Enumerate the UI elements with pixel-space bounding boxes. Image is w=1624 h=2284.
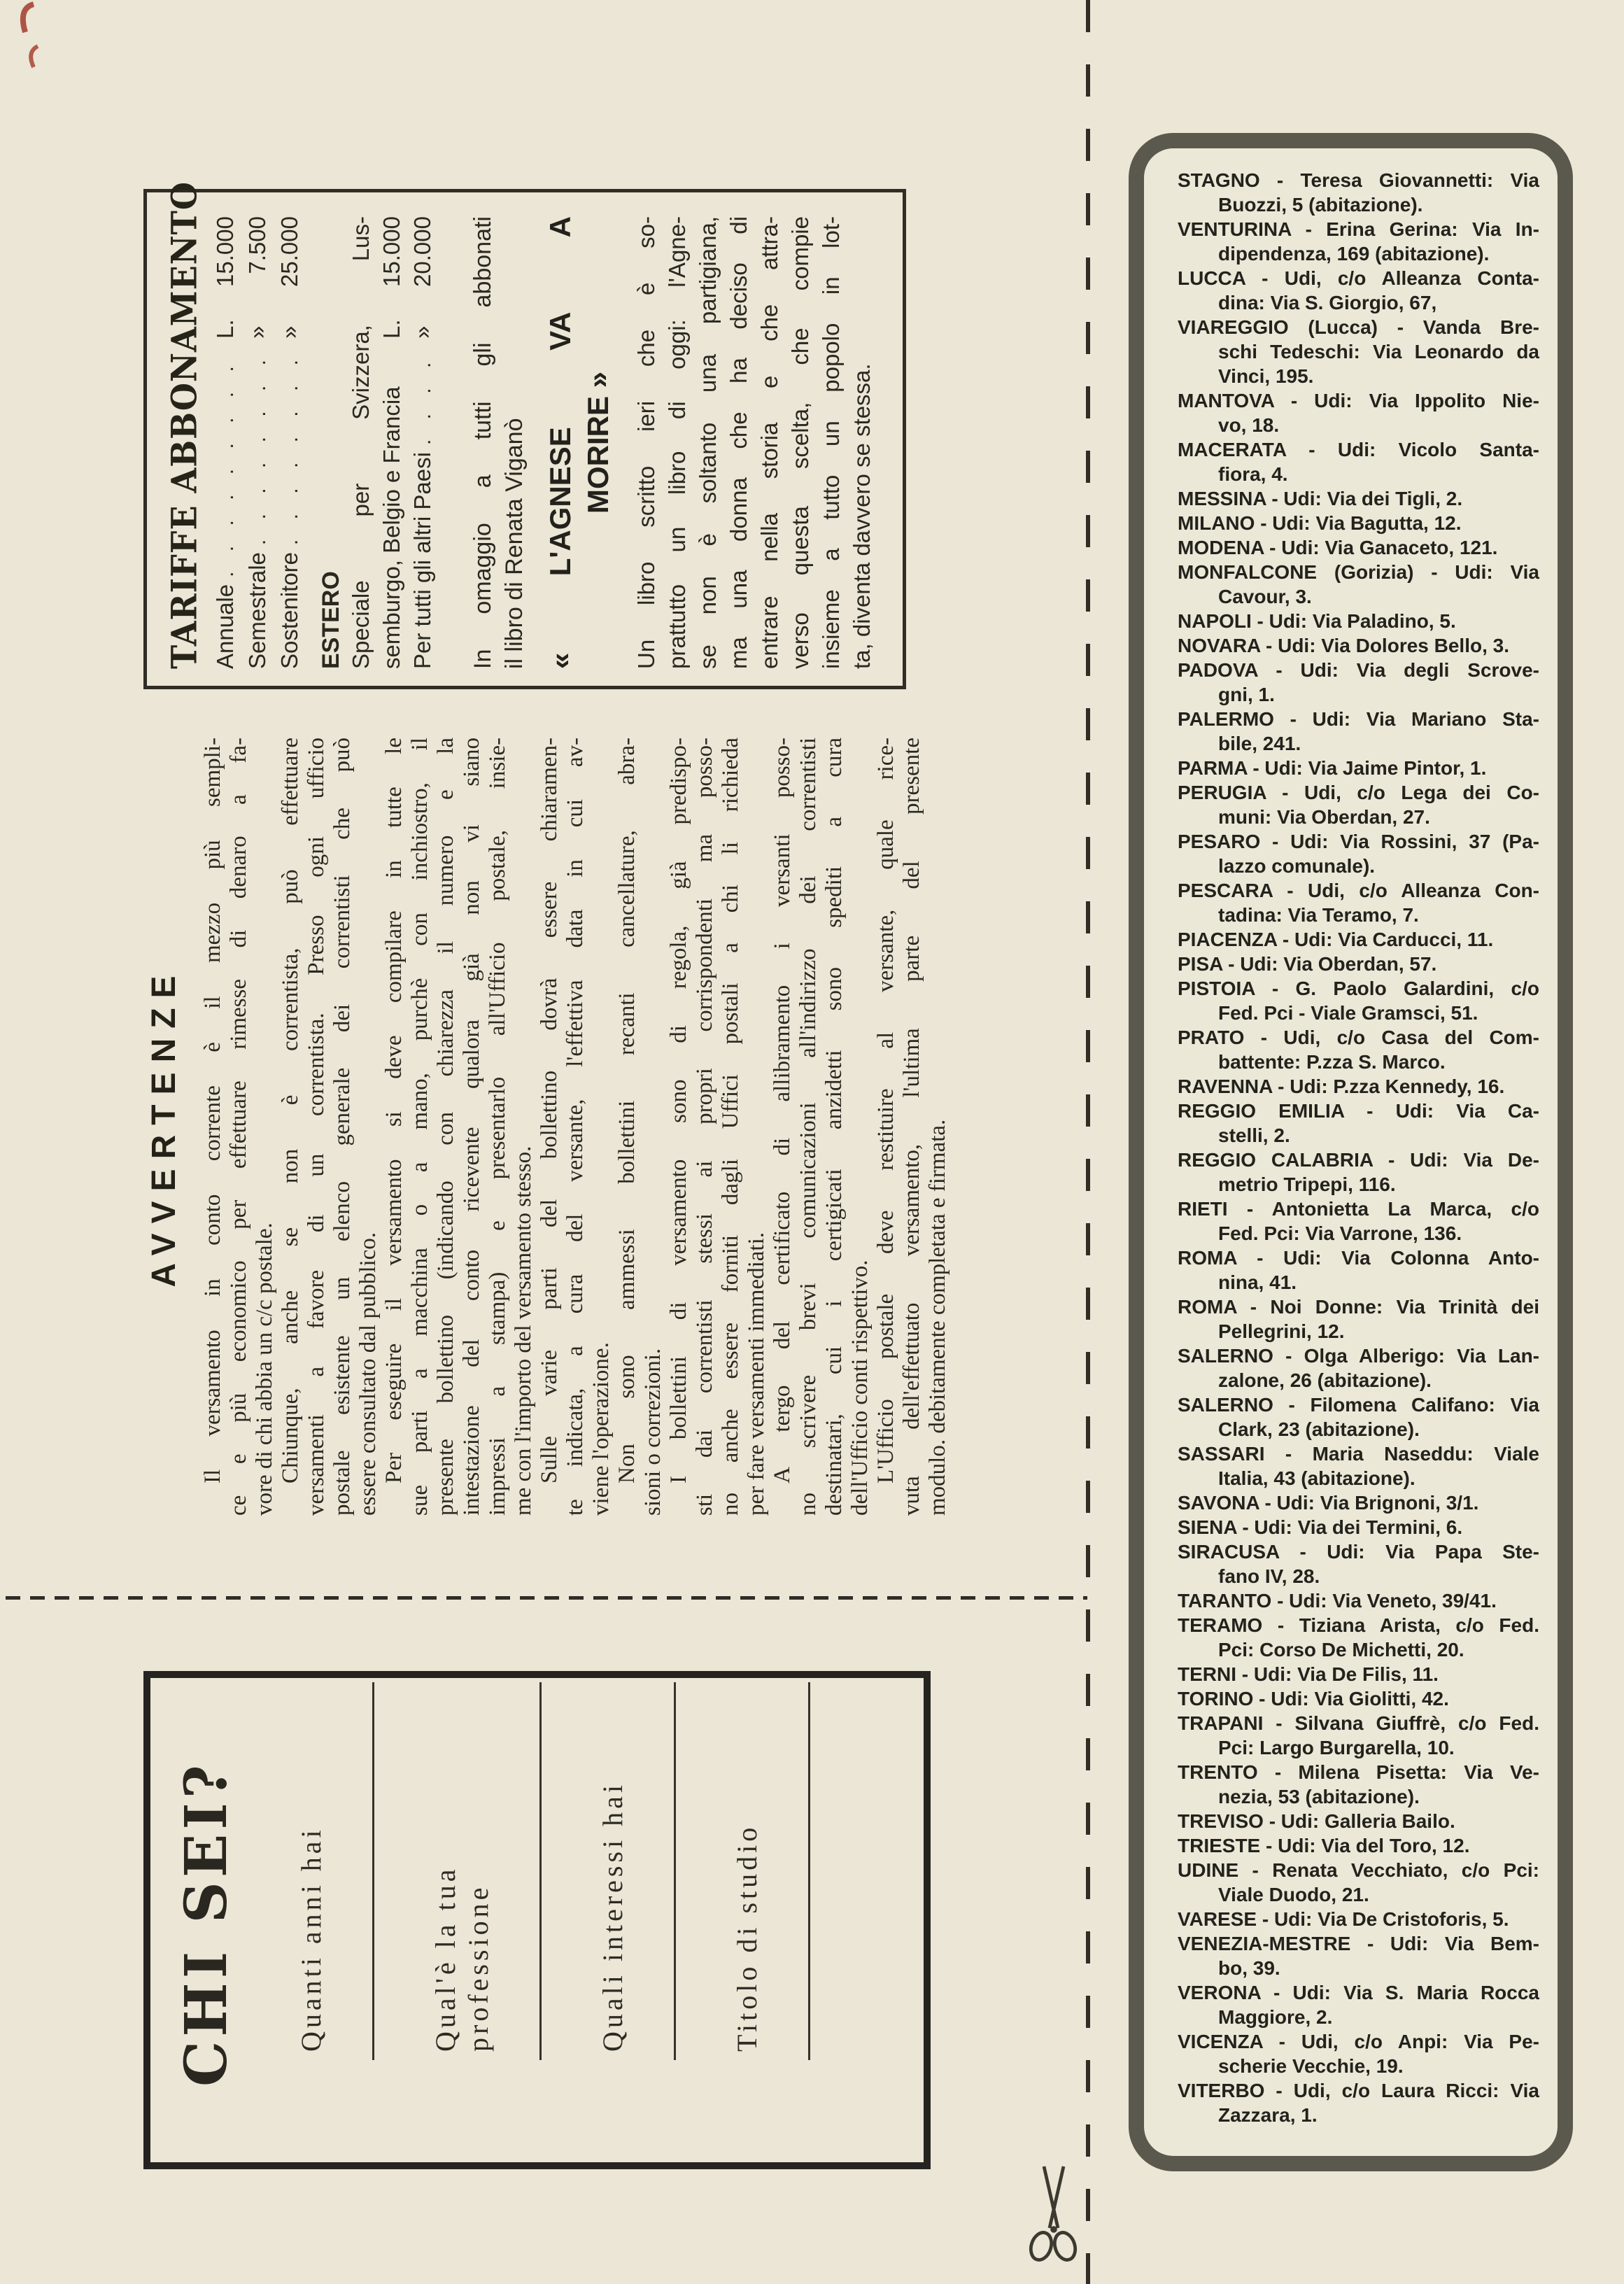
avvertenze-line: me con l'importo del versamento stesso. — [511, 738, 537, 1516]
directory-line: VENEZIA-MESTRE - Udi: Via Bem- — [1178, 1931, 1539, 1956]
avvertenze-line: per fare versamenti immediati. — [744, 738, 770, 1516]
estero-rates: Speciale per Svizzera, Lus-semburgo, Bel… — [346, 216, 439, 669]
directory-entry: SALERNO - Olga Alberigo: Via Lan-zalone,… — [1178, 1344, 1539, 1393]
directory-entry: PIACENZA - Udi: Via Carducci, 11. — [1178, 927, 1539, 952]
directory-entry: STAGNO - Teresa Giovannetti: ViaBuozzi, … — [1178, 168, 1539, 217]
rate-value: »25.000 — [274, 216, 305, 339]
directory-line: TRAPANI - Silvana Giuffrè, c/o Fed. — [1178, 1711, 1539, 1735]
rate-row: Per tutti gli altri Paesi»20.000 — [407, 216, 439, 669]
directory-entry: TERNI - Udi: Via De Filis, 11. — [1178, 1662, 1539, 1686]
directory-line: TREVISO - Udi: Galleria Bailo. — [1178, 1809, 1539, 1833]
directory-line: MODENA - Udi: Via Ganaceto, 121. — [1178, 535, 1539, 560]
book-blurb: Un libro scritto ieri che è so-prattutto… — [631, 216, 877, 669]
directory-line: NOVARA - Udi: Via Dolores Bello, 3. — [1178, 633, 1539, 658]
dot-leader — [407, 346, 439, 445]
avvertenze-line: ce e più economico per effettuare rimess… — [226, 738, 252, 1516]
directory-line: vo, 18. — [1178, 413, 1539, 437]
directory-entry: VICENZA - Udi, c/o Anpi: Via Pe-scherie … — [1178, 2029, 1539, 2078]
avvertenze-line: L'Ufficio postale deve restituire al ver… — [873, 738, 899, 1516]
avvertenze-line: sioni o correzioni. — [640, 738, 666, 1516]
field-label: Qual'è la tua professione — [429, 1692, 495, 2052]
rate-value: L.15.000 — [376, 216, 407, 339]
field-blank-line — [372, 1682, 374, 2060]
directory-line: TERAMO - Tiziana Arista, c/o Fed. — [1178, 1613, 1539, 1637]
gift-note: In omaggio a tutti gli abbonatiil libro … — [467, 216, 530, 669]
avvertenze-line: vuta dell'effettuato versamento, l'ultim… — [899, 738, 925, 1516]
rate-value: L.15.000 — [210, 216, 241, 339]
directory-line: PRATO - Udi, c/o Casa del Com- — [1178, 1025, 1539, 1050]
directory-line: TRIESTE - Udi: Via del Toro, 12. — [1178, 1833, 1539, 1858]
directory-entry: SALERNO - Filomena Califano: ViaClark, 2… — [1178, 1393, 1539, 1441]
avvertenze-line: Chiunque, anche se non è correntista, pu… — [278, 738, 304, 1516]
directory-line: NAPOLI - Udi: Via Paladino, 5. — [1178, 609, 1539, 633]
avvertenze-line: intestazione del conto ricevente qualora… — [459, 738, 485, 1516]
directory-line: battente: P.zza S. Marco. — [1178, 1050, 1539, 1074]
amount: 15.000 — [210, 216, 241, 287]
directory-line: VENTURINA - Erina Gerina: Via In- — [1178, 217, 1539, 241]
directory-line: PADOVA - Udi: Via degli Scrove- — [1178, 658, 1539, 682]
book-title-line: « L'AGNESE VA A — [542, 216, 579, 669]
avvertenze-section: AVVERTENZE Il versamento in conto corren… — [143, 733, 976, 1520]
avvertenze-line: sti dai correntisti stessi ai propri cor… — [692, 738, 718, 1516]
directory-entry: VENTURINA - Erina Gerina: Via In-dipende… — [1178, 217, 1539, 266]
avvertenze-body: Il versamento in conto corrente è il mez… — [200, 738, 951, 1516]
book-blurb-line: verso questa scelta, che compie — [785, 216, 816, 669]
directory-line: PARMA - Udi: Via Jaime Pintor, 1. — [1178, 756, 1539, 780]
questionnaire-box: CHI SEI? Quanti anni haiQual'è la tua pr… — [143, 1671, 931, 2169]
avvertenze-line: no scrivere brevi comunicazioni all'indi… — [796, 738, 821, 1516]
directory-line: zalone, 26 (abitazione). — [1178, 1368, 1539, 1393]
questionnaire-field: Qual'è la tua professione — [429, 1692, 542, 2148]
directory-line: MACERATA - Udi: Vicolo Santa- — [1178, 437, 1539, 462]
book-blurb-line: se non è soltanto una partigiana, — [693, 216, 723, 669]
directory-entry: RAVENNA - Udi: P.zza Kennedy, 16. — [1178, 1074, 1539, 1099]
directory-entry: ROMA - Udi: Via Colonna Anto-nina, 41. — [1178, 1246, 1539, 1295]
directory-line: metrio Tripepi, 116. — [1178, 1172, 1539, 1197]
gift-note-line: il libro di Renata Viganò — [499, 216, 530, 669]
directory-line: UDINE - Renata Vecchiato, c/o Pci: — [1178, 1858, 1539, 1882]
directory-line: stelli, 2. — [1178, 1123, 1539, 1148]
directory-line: Italia, 43 (abitazione). — [1178, 1466, 1539, 1490]
currency: » — [407, 326, 438, 339]
directory-line: Fed. Pci - Viale Gramsci, 51. — [1178, 1001, 1539, 1025]
directory-line: VITERBO - Udi, c/o Laura Ricci: Via — [1178, 2078, 1539, 2103]
directory-line: dina: Via S. Giorgio, 67, — [1178, 290, 1539, 315]
subscription-rates-table: AnnualeL.15.000Semestrale»7.500Sostenito… — [210, 216, 306, 669]
subscription-box: TARIFFE ABBONAMENTO AnnualeL.15.000Semes… — [143, 189, 906, 689]
scissors-icon — [1020, 2164, 1087, 2276]
directory-line: RIETI - Antonietta La Marca, c/o — [1178, 1197, 1539, 1221]
questionnaire-field: Titolo di studio — [730, 1692, 810, 2148]
directory-entry: MESSINA - Udi: Via dei Tigli, 2. — [1178, 486, 1539, 511]
directory-entry: TRAPANI - Silvana Giuffrè, c/o Fed.Pci: … — [1178, 1711, 1539, 1760]
directory-entry: MODENA - Udi: Via Ganaceto, 121. — [1178, 535, 1539, 560]
directory-line: Clark, 23 (abitazione). — [1178, 1417, 1539, 1441]
dot-leader — [242, 346, 274, 545]
questionnaire-field: Quanti anni hai — [295, 1692, 374, 2148]
directory-entry: MACERATA - Udi: Vicolo Santa-fiora, 4. — [1178, 437, 1539, 486]
field-label: Quali interessi hai — [596, 1692, 629, 2052]
directory-line: MANTOVA - Udi: Via Ippolito Nie- — [1178, 388, 1539, 413]
directory-line: PESCARA - Udi, c/o Alleanza Con- — [1178, 878, 1539, 903]
directory-line: SIRACUSA - Udi: Via Papa Ste- — [1178, 1539, 1539, 1564]
directory-line: Pci: Corso De Michetti, 20. — [1178, 1637, 1539, 1662]
book-title: « L'AGNESE VA AMORIRE » — [542, 216, 617, 669]
field-label: Quanti anni hai — [295, 1692, 327, 2052]
directory-entry: PISTOIA - G. Paolo Galardini, c/oFed. Pc… — [1178, 976, 1539, 1025]
avvertenze-line: destinatari, cui i certigicati anzidetti… — [821, 738, 847, 1516]
avvertenze-line: I bollettini di versamento sono di regol… — [666, 738, 692, 1516]
subscription-box-content: TARIFFE ABBONAMENTO AnnualeL.15.000Semes… — [147, 192, 910, 693]
directory-line: schi Tedeschi: Via Leonardo da — [1178, 339, 1539, 364]
field-blank-line — [808, 1682, 810, 2060]
directory-entry: TRIESTE - Udi: Via del Toro, 12. — [1178, 1833, 1539, 1858]
directory-line: Pellegrini, 12. — [1178, 1319, 1539, 1344]
rate-value: »7.500 — [242, 216, 273, 339]
gift-note-line: In omaggio a tutti gli abbonati — [467, 216, 499, 669]
questionnaire-title: CHI SEI? — [173, 1692, 240, 2087]
directory-entry: TREVISO - Udi: Galleria Bailo. — [1178, 1809, 1539, 1833]
directory-entry: PALERMO - Udi: Via Mariano Sta-bile, 241… — [1178, 707, 1539, 756]
directory-line: ROMA - Udi: Via Colonna Anto- — [1178, 1246, 1539, 1270]
estero-special-line: semburgo, Belgio e FranciaL.15.000 — [376, 216, 407, 669]
directory-entry: SAVONA - Udi: Via Brignoni, 3/1. — [1178, 1490, 1539, 1515]
directory-line: VICENZA - Udi, c/o Anpi: Via Pe- — [1178, 2029, 1539, 2054]
avvertenze-line: te indicata, a cura del versante, l'effe… — [563, 738, 588, 1516]
avvertenze-line: modulo. debitamente completata e firmata… — [925, 738, 951, 1516]
directory-line: bo, 39. — [1178, 1956, 1539, 1980]
directory-entry: SASSARI - Maria Naseddu: VialeItalia, 43… — [1178, 1441, 1539, 1490]
directory-line: VERONA - Udi: Via S. Maria Rocca — [1178, 1980, 1539, 2005]
directory-line: STAGNO - Teresa Giovannetti: Via — [1178, 168, 1539, 192]
directory-entry: VIAREGGIO (Lucca) - Vanda Bre-schi Tedes… — [1178, 315, 1539, 388]
avvertenze-line: Il versamento in conto corrente è il mez… — [200, 738, 226, 1516]
rate-row: AnnualeL.15.000 — [210, 216, 242, 669]
book-blurb-line: ma una donna che ha deciso di — [723, 216, 754, 669]
directory-line: RAVENNA - Udi: P.zza Kennedy, 16. — [1178, 1074, 1539, 1099]
avvertenze-line: Per eseguire il versamento si deve compi… — [381, 738, 407, 1516]
directory-entry: REGGIO CALABRIA - Udi: Via De-metrio Tri… — [1178, 1148, 1539, 1197]
directory-line: TRENTO - Milena Pisetta: Via Ve- — [1178, 1760, 1539, 1784]
avvertenze-line: sue parti a macchina o a mano, purchè co… — [407, 738, 433, 1516]
directory-line: PERUGIA - Udi, c/o Lega dei Co- — [1178, 780, 1539, 805]
currency: L. — [210, 319, 241, 339]
book-blurb-line: ta, diventa davvero se stessa. — [847, 216, 877, 669]
directory-entry: MANTOVA - Udi: Via Ippolito Nie-vo, 18. — [1178, 388, 1539, 437]
directory-line: PALERMO - Udi: Via Mariano Sta- — [1178, 707, 1539, 731]
field-label: Titolo di studio — [730, 1692, 763, 2052]
dot-leader — [274, 346, 306, 545]
questionnaire-field: Quali interessi hai — [596, 1692, 676, 2148]
avvertenze-line: presente bollettino (indicando con chiar… — [433, 738, 459, 1516]
directory-line: VARESE - Udi: Via De Cristoforis, 5. — [1178, 1907, 1539, 1931]
directory-line: VIAREGGIO (Lucca) - Vanda Bre- — [1178, 315, 1539, 339]
directory-line: Viale Duodo, 21. — [1178, 1882, 1539, 1907]
book-blurb-line: prattutto un libro di oggi: l'Agne- — [662, 216, 693, 669]
avvertenze-line: Sulle varie parti del bollettino dovrà e… — [537, 738, 563, 1516]
directory-line: Zazzara, 1. — [1178, 2103, 1539, 2127]
directory-line: MESSINA - Udi: Via dei Tigli, 2. — [1178, 486, 1539, 511]
book-title-line: MORIRE » — [579, 216, 617, 669]
directory-line: Buozzi, 5 (abitazione). — [1178, 192, 1539, 217]
directory-entry: ROMA - Noi Donne: Via Trinità deiPellegr… — [1178, 1295, 1539, 1344]
dot-leader — [210, 346, 242, 577]
avvertenze-line: impressi a stampa) e presentarlo all'Uff… — [485, 738, 511, 1516]
avvertenze-line: postale esistente un elenco generale dei… — [330, 738, 355, 1516]
questionnaire-content: CHI SEI? Quanti anni haiQual'è la tua pr… — [150, 1678, 924, 2162]
rate-label: Sostenitore — [274, 552, 305, 669]
avvertenze-line: versamenti a favore di un correntista. P… — [304, 738, 330, 1516]
directory-line: Vinci, 195. — [1178, 364, 1539, 388]
directory-line: gni, 1. — [1178, 682, 1539, 707]
avvertenze-line: no anche essere forniti dagli Uffici pos… — [718, 738, 744, 1516]
directory-entry: MONFALCONE (Gorizia) - Udi: ViaCavour, 3… — [1178, 560, 1539, 609]
directory-line: nezia, 53 (abitazione). — [1178, 1784, 1539, 1809]
directory-entry: TARANTO - Udi: Via Veneto, 39/41. — [1178, 1588, 1539, 1613]
directory-line: fano IV, 28. — [1178, 1564, 1539, 1588]
directory-line: SIENA - Udi: Via dei Termini, 6. — [1178, 1515, 1539, 1539]
directory-line: Fed. Pci: Via Varrone, 136. — [1178, 1221, 1539, 1246]
directory-line: MILANO - Udi: Via Bagutta, 12. — [1178, 511, 1539, 535]
directory-line: nina, 41. — [1178, 1270, 1539, 1295]
estero-heading: ESTERO — [316, 216, 346, 669]
red-pen-mark — [8, 0, 64, 91]
amount: 20.000 — [407, 216, 438, 287]
rate-label: Per tutti gli altri Paesi — [407, 452, 438, 669]
directory-line: Maggiore, 2. — [1178, 2005, 1539, 2029]
directory-line: PISA - Udi: Via Oberdan, 57. — [1178, 952, 1539, 976]
scanned-magazine-page: TARIFFE ABBONAMENTO AnnualeL.15.000Semes… — [0, 0, 1624, 2284]
directory-line: SAVONA - Udi: Via Brignoni, 3/1. — [1178, 1490, 1539, 1515]
directory-line: TORINO - Udi: Via Giolitti, 42. — [1178, 1686, 1539, 1711]
directory-line: SALERNO - Olga Alberigo: Via Lan- — [1178, 1344, 1539, 1368]
directory-entry: PESCARA - Udi, c/o Alleanza Con-tadina: … — [1178, 878, 1539, 927]
avvertenze-content: AVVERTENZE Il versamento in conto corren… — [143, 733, 976, 1520]
directory-entry: SIENA - Udi: Via dei Termini, 6. — [1178, 1515, 1539, 1539]
avvertenze-line: vore di chi abbia un c/c postale. — [252, 738, 278, 1516]
directory-entry: NOVARA - Udi: Via Dolores Bello, 3. — [1178, 633, 1539, 658]
directory-line: fiora, 4. — [1178, 462, 1539, 486]
estero-special-line: Speciale per Svizzera, Lus- — [346, 216, 376, 669]
directory-entry: RIETI - Antonietta La Marca, c/oFed. Pci… — [1178, 1197, 1539, 1246]
directory-line: TERNI - Udi: Via De Filis, 11. — [1178, 1662, 1539, 1686]
directory-entry: NAPOLI - Udi: Via Paladino, 5. — [1178, 609, 1539, 633]
directory-line: PESARO - Udi: Via Rossini, 37 (Pa- — [1178, 829, 1539, 854]
directory-line: bile, 241. — [1178, 731, 1539, 756]
directory-entry: VENEZIA-MESTRE - Udi: Via Bem-bo, 39. — [1178, 1931, 1539, 1980]
field-blank-line — [674, 1682, 676, 2060]
rate-row: Sostenitore»25.000 — [274, 216, 306, 669]
directory-entry: MILANO - Udi: Via Bagutta, 12. — [1178, 511, 1539, 535]
directory-panel: STAGNO - Teresa Giovannetti: ViaBuozzi, … — [1129, 133, 1573, 2171]
directory-line: Cavour, 3. — [1178, 584, 1539, 609]
directory-line: TARANTO - Udi: Via Veneto, 39/41. — [1178, 1588, 1539, 1613]
rate-value: »20.000 — [407, 216, 438, 339]
rate-row: Semestrale»7.500 — [242, 216, 274, 669]
directory-line: scherie Vecchie, 19. — [1178, 2054, 1539, 2078]
directory-entry: PERUGIA - Udi, c/o Lega dei Co-muni: Via… — [1178, 780, 1539, 829]
directory-entry: PRATO - Udi, c/o Casa del Com-battente: … — [1178, 1025, 1539, 1074]
directory-entry: PARMA - Udi: Via Jaime Pintor, 1. — [1178, 756, 1539, 780]
directory-line: lazzo comunale). — [1178, 854, 1539, 878]
questionnaire-fields: Quanti anni haiQual'è la tua professione… — [295, 1692, 810, 2148]
avvertenze-line: dell'Ufficio conti rispettivo. — [847, 738, 873, 1516]
directory-entry: VERONA - Udi: Via S. Maria RoccaMaggiore… — [1178, 1980, 1539, 2029]
book-blurb-line: insieme a tutto un popolo in lot- — [816, 216, 847, 669]
subscription-title: TARIFFE ABBONAMENTO — [164, 216, 204, 669]
avvertenze-line: A tergo del certificato di allibramento … — [770, 738, 796, 1516]
directory-line: REGGIO CALABRIA - Udi: Via De- — [1178, 1148, 1539, 1172]
directory-line: PIACENZA - Udi: Via Carducci, 11. — [1178, 927, 1539, 952]
amount: 25.000 — [274, 216, 305, 287]
estero-special-text: semburgo, Belgio e Francia — [376, 339, 407, 669]
field-blank-line — [539, 1682, 542, 2060]
directory-line: MONFALCONE (Gorizia) - Udi: Via — [1178, 560, 1539, 584]
currency: » — [274, 326, 305, 339]
directory-line: REGGIO EMILIA - Udi: Via Ca- — [1178, 1099, 1539, 1123]
directory-entry: TERAMO - Tiziana Arista, c/o Fed.Pci: Co… — [1178, 1613, 1539, 1662]
directory-entry: VARESE - Udi: Via De Cristoforis, 5. — [1178, 1907, 1539, 1931]
directory-entry: TRENTO - Milena Pisetta: Via Ve-nezia, 5… — [1178, 1760, 1539, 1809]
directory-line: LUCCA - Udi, c/o Alleanza Conta- — [1178, 266, 1539, 290]
avvertenze-line: essere consultato dal pubblico. — [355, 738, 381, 1516]
directory-line: SASSARI - Maria Naseddu: Viale — [1178, 1441, 1539, 1466]
rate-label: Annuale — [210, 584, 241, 669]
directory-line: dipendenza, 169 (abitazione). — [1178, 241, 1539, 266]
directory-line: muni: Via Oberdan, 27. — [1178, 805, 1539, 829]
directory-entry: PADOVA - Udi: Via degli Scrove-gni, 1. — [1178, 658, 1539, 707]
avvertenze-title: AVVERTENZE — [145, 738, 183, 1516]
directory-entry: REGGIO EMILIA - Udi: Via Ca-stelli, 2. — [1178, 1099, 1539, 1148]
directory-list: STAGNO - Teresa Giovannetti: ViaBuozzi, … — [1144, 148, 1558, 2147]
directory-line: ROMA - Noi Donne: Via Trinità dei — [1178, 1295, 1539, 1319]
book-blurb-line: Un libro scritto ieri che è so- — [631, 216, 662, 669]
directory-entry: LUCCA - Udi, c/o Alleanza Conta-dina: Vi… — [1178, 266, 1539, 315]
directory-line: SALERNO - Filomena Califano: Via — [1178, 1393, 1539, 1417]
directory-line: tadina: Via Teramo, 7. — [1178, 903, 1539, 927]
amount: 7.500 — [242, 216, 273, 274]
directory-entry: TORINO - Udi: Via Giolitti, 42. — [1178, 1686, 1539, 1711]
directory-entry: SIRACUSA - Udi: Via Papa Ste-fano IV, 28… — [1178, 1539, 1539, 1588]
directory-entry: VITERBO - Udi, c/o Laura Ricci: ViaZazza… — [1178, 2078, 1539, 2127]
book-blurb-line: entrare nella storia e che attra- — [754, 216, 785, 669]
rate-label: Semestrale — [242, 552, 273, 669]
avvertenze-line: Non sono ammessi bollettini recanti canc… — [614, 738, 640, 1516]
directory-entry: PESARO - Udi: Via Rossini, 37 (Pa-lazzo … — [1178, 829, 1539, 878]
directory-line: Pci: Largo Burgarella, 10. — [1178, 1735, 1539, 1760]
amount: 15.000 — [376, 216, 407, 287]
currency: L. — [376, 319, 407, 339]
directory-line: PISTOIA - G. Paolo Galardini, c/o — [1178, 976, 1539, 1001]
cut-line-vertical — [1086, 0, 1090, 2284]
currency: » — [242, 326, 273, 339]
directory-entry: PISA - Udi: Via Oberdan, 57. — [1178, 952, 1539, 976]
avvertenze-line: viene l'operazione. — [588, 738, 614, 1516]
cut-line-horizontal — [6, 1596, 1087, 1600]
directory-entry: UDINE - Renata Vecchiato, c/o Pci:Viale … — [1178, 1858, 1539, 1907]
